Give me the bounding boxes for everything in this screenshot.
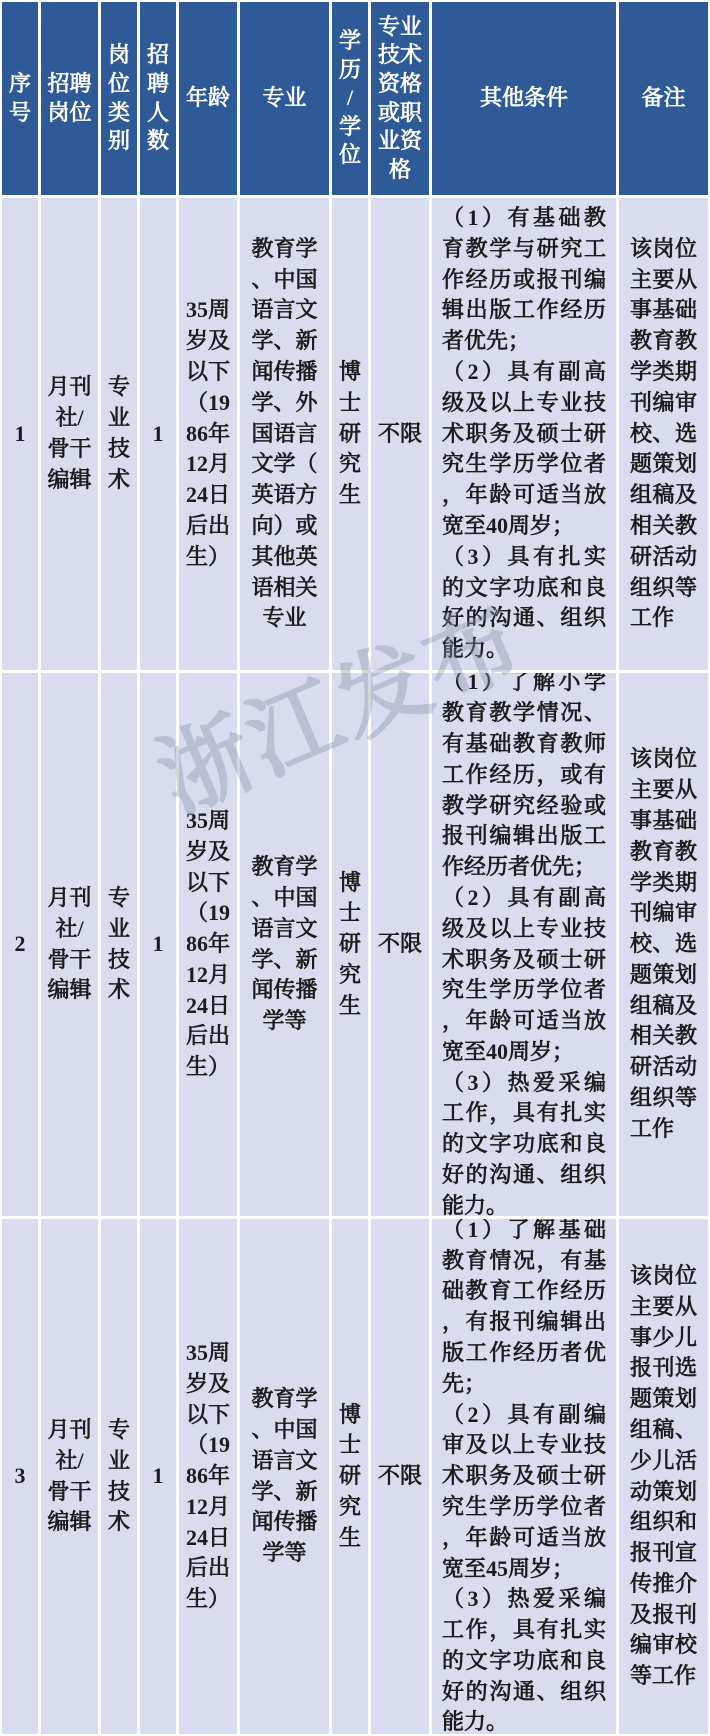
cell-row3-position: 月刊社/骨干编辑 bbox=[41, 1219, 98, 1734]
row1-other-item-2: （2）具有副高级及以上专业技术职务及硕士研究生学历学位者，年龄可适当放宽至40周… bbox=[442, 357, 606, 542]
cell-row1-category: 专业技术 bbox=[101, 198, 137, 670]
cell-row3-category: 专业技术 bbox=[101, 1219, 137, 1734]
row1-other-item-1: （1）有基础教育教学与研究工作经历或报刊编辑出版工作经历者优先； bbox=[442, 203, 606, 357]
row3-other-item-3: （3）热爱采编工作，具有扎实的文字功底和良好的沟通、组织能力。 bbox=[442, 1584, 606, 1734]
header-cell-position: 招聘岗位 bbox=[41, 2, 98, 195]
header-cell-no: 序号 bbox=[2, 2, 38, 195]
cell-row1-qualification: 不限 bbox=[371, 198, 429, 670]
cell-row1-degree: 博士研究生 bbox=[332, 198, 368, 670]
header-cell-degree: 学历/学位 bbox=[332, 2, 368, 195]
cell-row2-major: 教育学、中国语言文学、新闻传播学等 bbox=[240, 673, 329, 1216]
row2-other-item-3: （3）热爱采编工作，具有扎实的文字功底和良好的沟通、组织能力。 bbox=[442, 1068, 606, 1216]
row1-other-item-3: （3）具有扎实的文字功底和良好的沟通、组织能力。 bbox=[442, 542, 606, 665]
cell-row1-no: 1 bbox=[2, 198, 38, 670]
recruitment-table-page: 序号 招聘岗位 岗位类别 招聘人数 年龄 专业 学历/学位 专业技术资格或职业资… bbox=[0, 0, 710, 1736]
cell-row2-remark: 该岗位主要从事基础教育教学类期刊编审校、选题策划组稿及相关教研活动组织等工作 bbox=[619, 673, 708, 1216]
header-cell-age: 年龄 bbox=[179, 2, 237, 195]
cell-row2-other: （1）了解小学教育教学情况、有基础教育教师工作经历，或有教学研究经验或报刊编辑出… bbox=[432, 673, 616, 1216]
recruitment-table: 序号 招聘岗位 岗位类别 招聘人数 年龄 专业 学历/学位 专业技术资格或职业资… bbox=[0, 0, 710, 1736]
header-cell-qualification: 专业技术资格或职业资格 bbox=[371, 2, 429, 195]
cell-row2-count: 1 bbox=[140, 673, 176, 1216]
cell-row3-qualification: 不限 bbox=[371, 1219, 429, 1734]
cell-row2-qualification: 不限 bbox=[371, 673, 429, 1216]
cell-row2-no: 2 bbox=[2, 673, 38, 1216]
row3-other-item-2: （2）具有副编审及以上专业技术职务及硕士研究生学历学位者，年龄可适当放宽至45周… bbox=[442, 1400, 606, 1585]
cell-row1-other: （1）有基础教育教学与研究工作经历或报刊编辑出版工作经历者优先； （2）具有副高… bbox=[432, 198, 616, 670]
cell-row2-degree: 博士研究生 bbox=[332, 673, 368, 1216]
cell-row1-major: 教育学、中国语言文学、新闻传播学、外国语言文学（英语方向）或其他英语相关专业 bbox=[240, 198, 329, 670]
row2-other-item-1: （1）了解小学教育教学情况、有基础教育教师工作经历，或有教学研究经验或报刊编辑出… bbox=[442, 673, 606, 883]
cell-row3-age: 35周岁及以下（1986年12月24日后出生） bbox=[179, 1219, 237, 1734]
cell-row3-remark: 该岗位主要从事少儿报刊选题策划组稿、少儿活动策划组织和报刊宣传推介及报刊编审校等… bbox=[619, 1219, 708, 1734]
cell-row3-degree: 博士研究生 bbox=[332, 1219, 368, 1734]
cell-row3-count: 1 bbox=[140, 1219, 176, 1734]
cell-row1-count: 1 bbox=[140, 198, 176, 670]
row2-other-item-2: （2）具有副高级及以上专业技术职务及硕士研究生学历学位者，年龄可适当放宽至40周… bbox=[442, 883, 606, 1068]
header-cell-count: 招聘人数 bbox=[140, 2, 176, 195]
cell-row1-remark: 该岗位主要从事基础教育教学类期刊编审校、选题策划组稿及相关教研活动组织等工作 bbox=[619, 198, 708, 670]
header-cell-major: 专业 bbox=[240, 2, 329, 195]
cell-row2-age: 35周岁及以下（1986年12月24日后出生） bbox=[179, 673, 237, 1216]
header-cell-category: 岗位类别 bbox=[101, 2, 137, 195]
cell-row2-category: 专业技术 bbox=[101, 673, 137, 1216]
header-cell-remark: 备注 bbox=[619, 2, 708, 195]
row3-other-item-1: （1）了解基础教育情况，有基础教育工作经历，有报刊编辑出版工作经历者优先； bbox=[442, 1219, 606, 1400]
cell-row1-age: 35周岁及以下（1986年12月24日后出生） bbox=[179, 198, 237, 670]
cell-row3-other: （1）了解基础教育情况，有基础教育工作经历，有报刊编辑出版工作经历者优先； （2… bbox=[432, 1219, 616, 1734]
cell-row2-position: 月刊社/骨干编辑 bbox=[41, 673, 98, 1216]
cell-row1-position: 月刊社/骨干编辑 bbox=[41, 198, 98, 670]
header-cell-other: 其他条件 bbox=[432, 2, 616, 195]
cell-row3-no: 3 bbox=[2, 1219, 38, 1734]
cell-row3-major: 教育学、中国语言文学、新闻传播学等 bbox=[240, 1219, 329, 1734]
